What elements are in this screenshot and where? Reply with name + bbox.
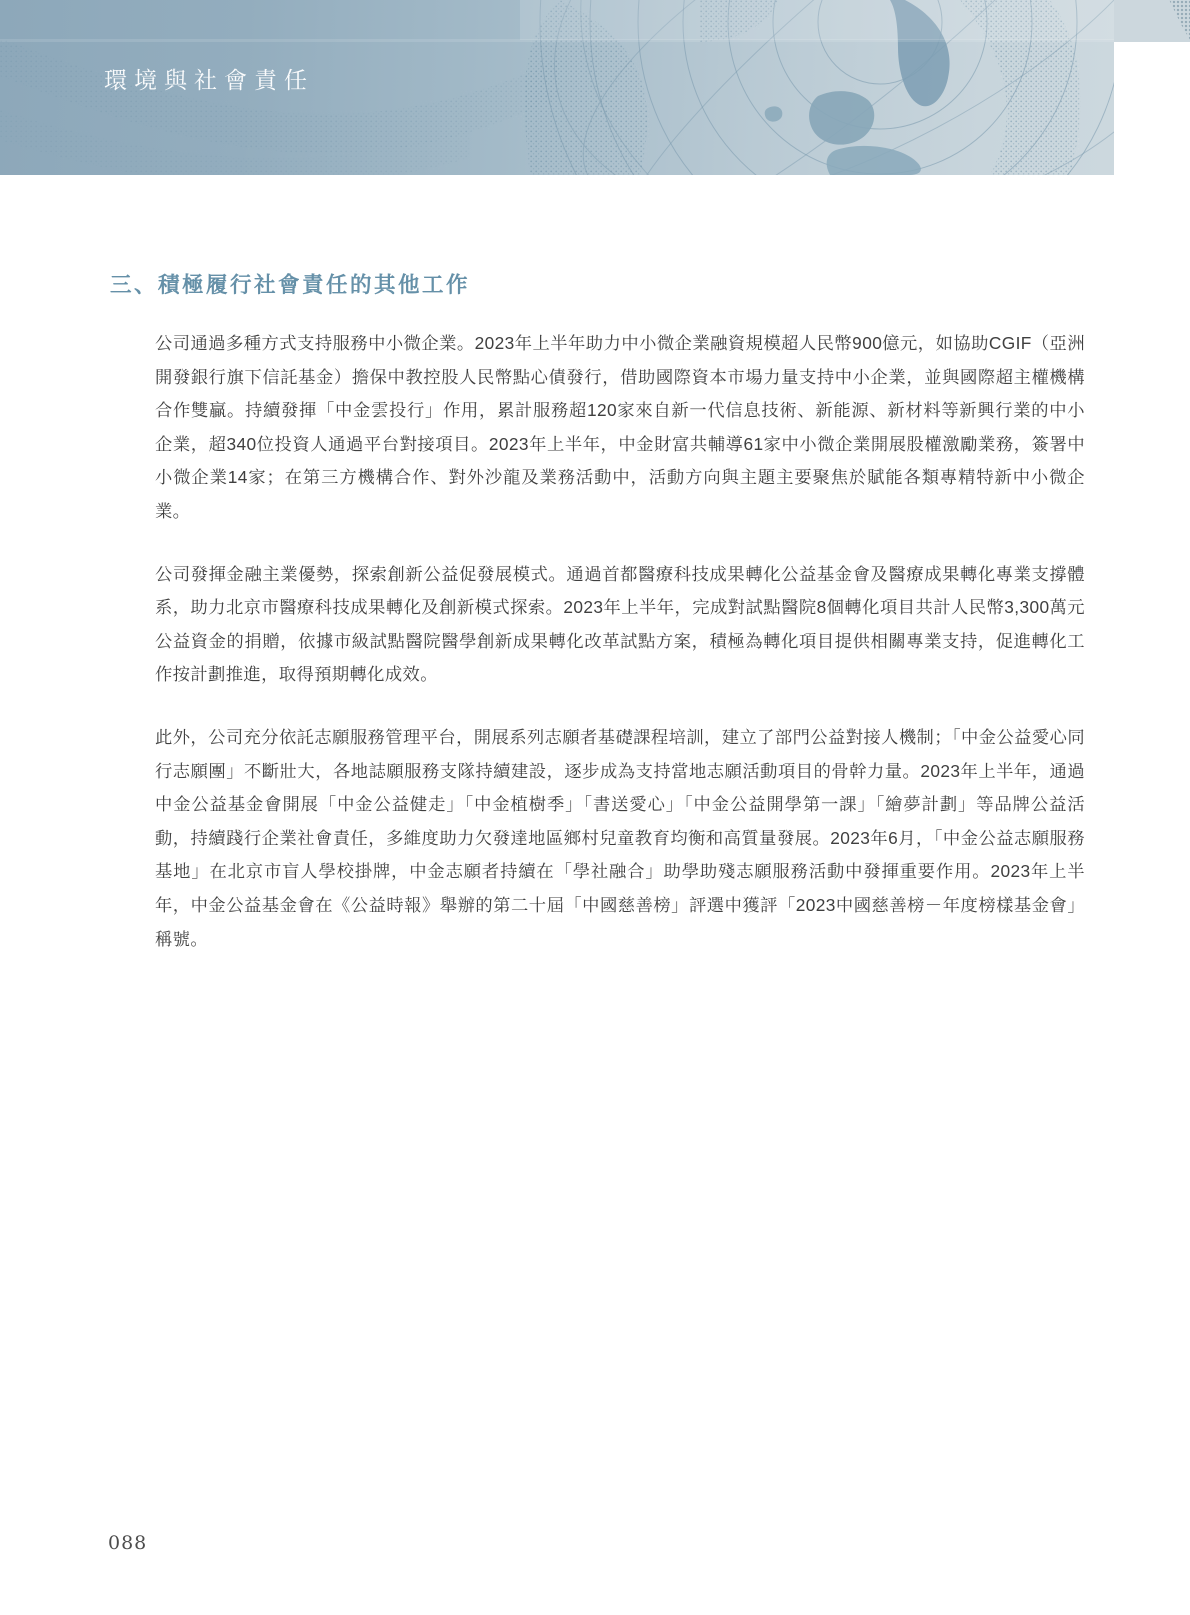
paragraph-sme-support: 公司通過多種方式支持服務中小微企業。2023年上半年助力中小微企業融資規模超人民… bbox=[155, 327, 1085, 529]
page-content: 三、積極履行社會責任的其他工作 公司通過多種方式支持服務中小微企業。2023年上… bbox=[110, 268, 1085, 956]
section-heading: 三、積極履行社會責任的其他工作 bbox=[110, 268, 1085, 299]
report-page: 環境與社會責任 三、積極履行社會責任的其他工作 公司通過多種方式支持服務中小微企… bbox=[0, 0, 1190, 1615]
body-copy: 公司通過多種方式支持服務中小微企業。2023年上半年助力中小微企業融資規模超人民… bbox=[155, 327, 1085, 956]
paragraph-volunteer-charity: 此外，公司充分依託志願服務管理平台，開展系列志願者基礎課程培訓，建立了部門公益對… bbox=[155, 721, 1085, 956]
paragraph-medical-philanthropy: 公司發揮金融主業優勢，探索創新公益促發展模式。通過首都醫療科技成果轉化公益基金會… bbox=[155, 558, 1085, 692]
chapter-title: 環境與社會責任 bbox=[104, 62, 314, 95]
page-header-banner: 環境與社會責任 bbox=[0, 0, 1114, 175]
page-number: 088 bbox=[108, 1532, 147, 1554]
